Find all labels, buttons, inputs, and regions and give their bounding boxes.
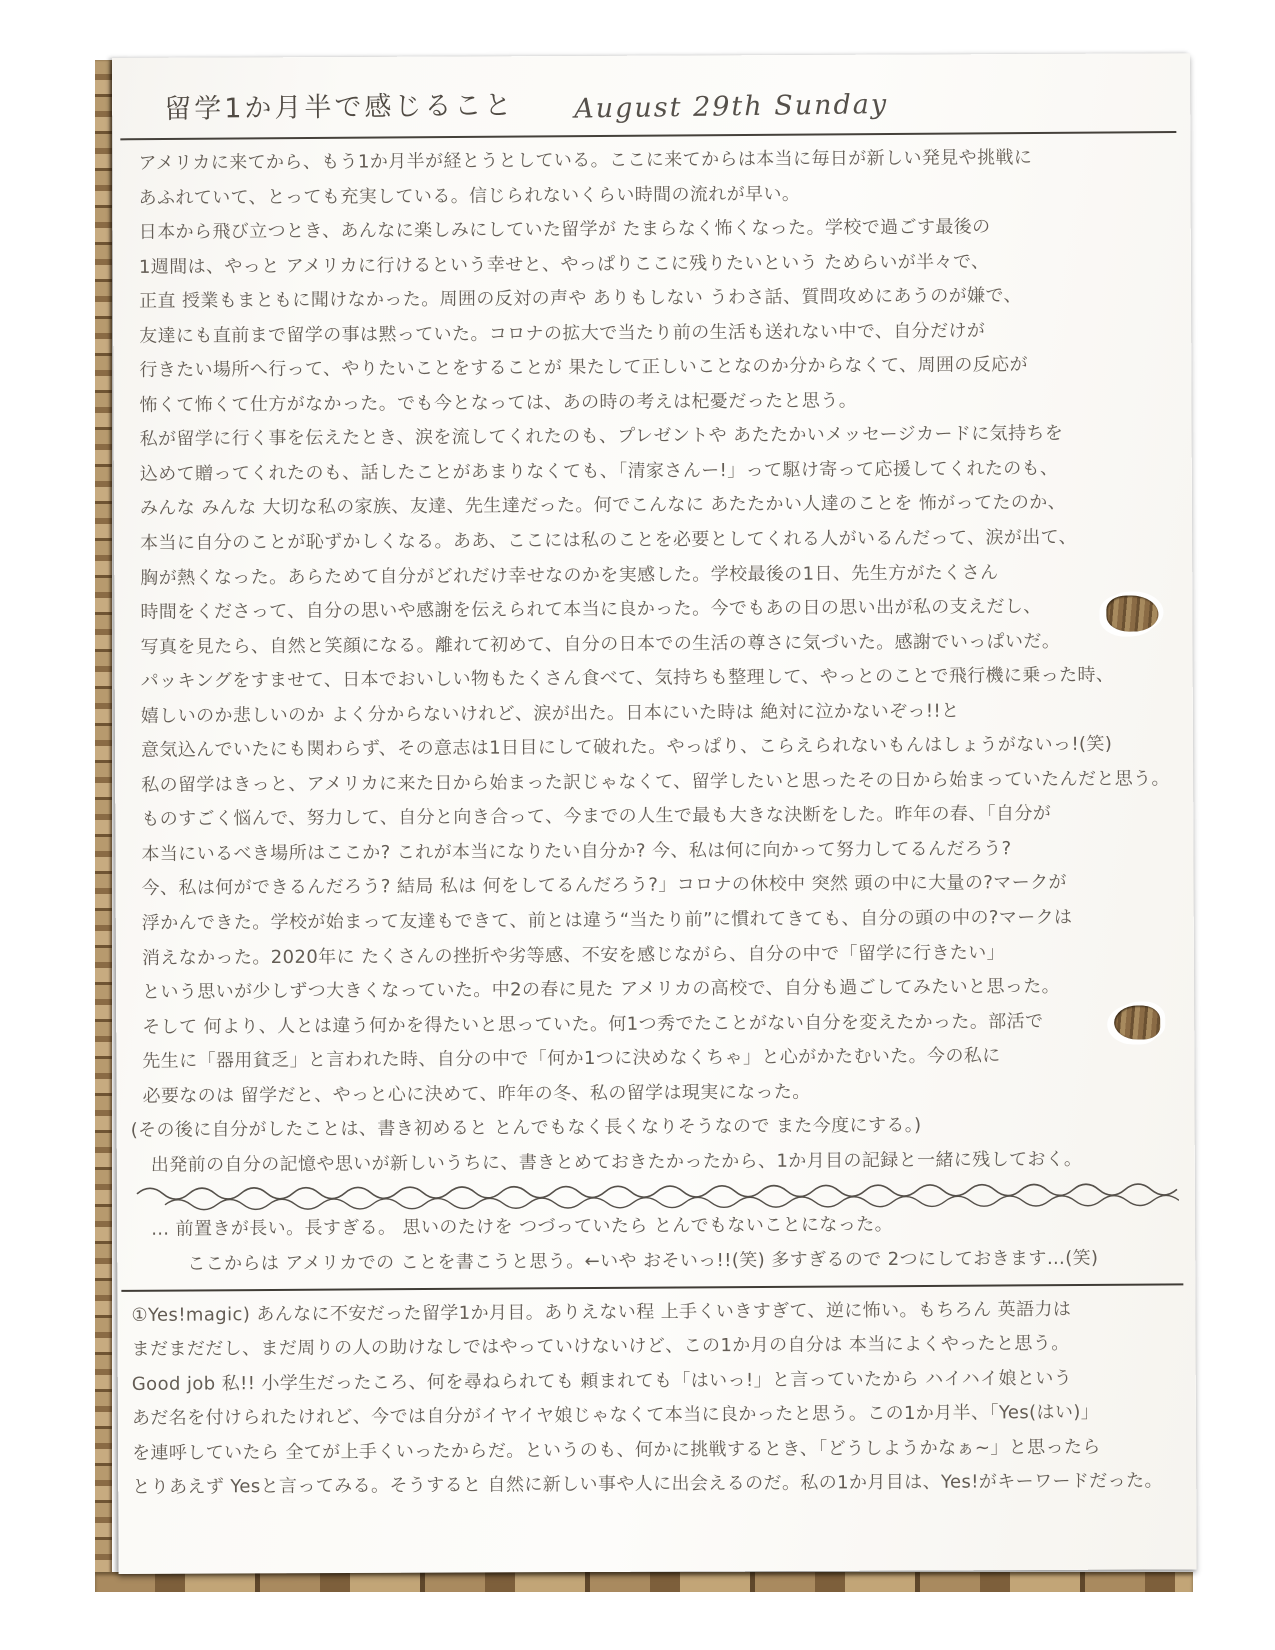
table-wood-edge-bottom bbox=[95, 1572, 1193, 1592]
section-divider bbox=[121, 1283, 1183, 1291]
title-row: 留学1か月半で感じること August 29th Sunday bbox=[126, 65, 1180, 135]
page-title: 留学1か月半で感じること bbox=[164, 83, 515, 126]
journal-content: 留学1か月半で感じること August 29th Sunday アメリカに来てか… bbox=[126, 65, 1186, 1505]
paper-tear-hole bbox=[1114, 1005, 1160, 1039]
page-date: August 29th Sunday bbox=[574, 89, 888, 125]
journal-line: とりあえず Yesと言ってみる。そうすると 自然に新しい事や人に出会えるのだ。私… bbox=[132, 1464, 1186, 1505]
paper-tear-hole bbox=[1106, 595, 1158, 631]
journal-line: ここからは アメリカでの ことを書こうと思う。←いや おそいっ!!(笑) 多すぎ… bbox=[131, 1241, 1185, 1282]
photo-canvas: 留学1か月半で感じること August 29th Sunday アメリカに来てか… bbox=[0, 0, 1275, 1650]
journal-paper: 留学1か月半で感じること August 29th Sunday アメリカに来てか… bbox=[112, 53, 1197, 1574]
journal-line: 出発前の自分の記憶や思いが新しいうちに、書きとめておきたかったから、1か月目の記… bbox=[131, 1142, 1185, 1183]
table-wood-edge-left bbox=[95, 60, 112, 1588]
